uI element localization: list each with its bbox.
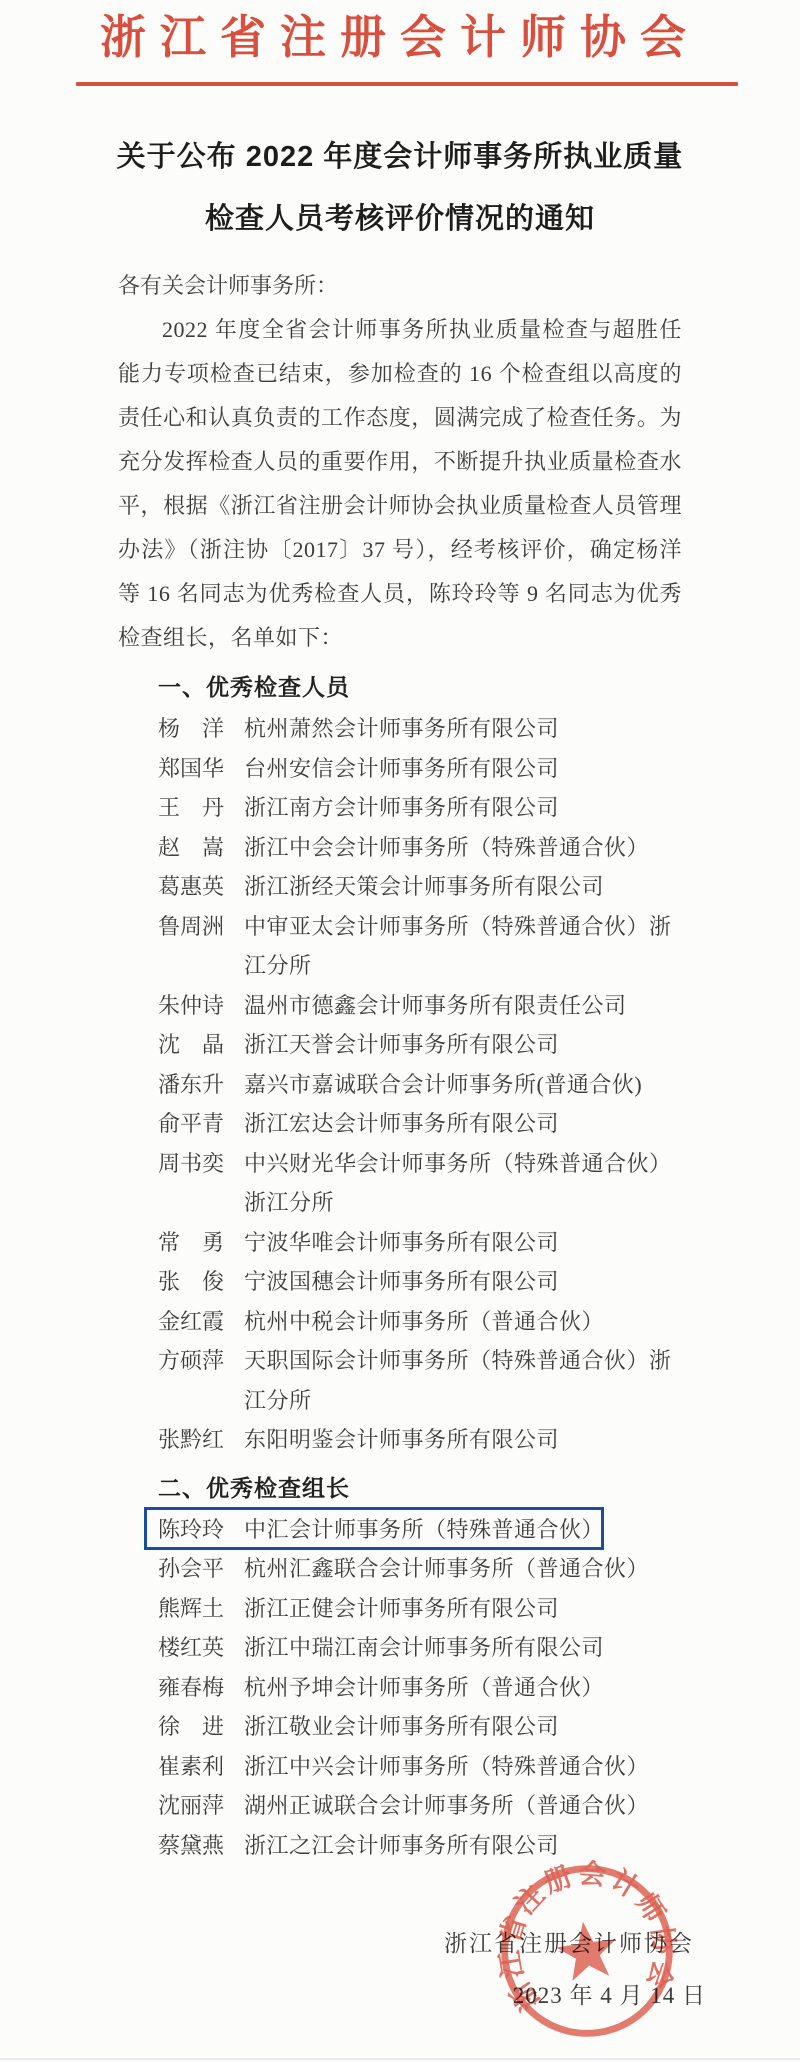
document-title: 关于公布 2022 年度会计师事务所执业质量 检查人员考核评价情况的通知 [0,126,800,250]
list-item: 徐 进浙江敬业会计师事务所有限公司 [158,1707,682,1747]
section-2-heading: 二、优秀检查组长 [118,1466,682,1510]
list-item: 朱仲诗温州市德鑫会计师事务所有限责任公司 [158,986,682,1026]
list-item: 沈 晶浙江天誉会计师事务所有限公司 [158,1025,682,1065]
list-item: 楼红英浙江中瑞江南会计师事务所有限公司 [158,1628,682,1668]
person-name: 徐 进 [158,1707,244,1747]
person-name: 常 勇 [158,1223,244,1263]
firm-name: 浙江天誉会计师事务所有限公司 [244,1025,682,1065]
list-item: 潘东升嘉兴市嘉诚联合会计师事务所(普通合伙) [158,1065,682,1105]
person-name: 潘东升 [158,1065,244,1105]
list-item: 杨 洋杭州萧然会计师事务所有限公司 [158,709,682,749]
firm-name: 浙江中兴会计师事务所（特殊普通合伙） [244,1747,682,1787]
document-title-line1: 关于公布 2022 年度会计师事务所执业质量 [0,126,800,188]
firm-name: 杭州中税会计师事务所（普通合伙） [244,1302,682,1342]
person-name: 雍春梅 [158,1668,244,1708]
list-item: 郑国华台州安信会计师事务所有限公司 [158,749,682,789]
document-title-line2: 检查人员考核评价情况的通知 [0,188,800,250]
list-item: 张黔红东阳明鉴会计师事务所有限公司 [158,1420,682,1460]
firm-name: 浙江正健会计师事务所有限公司 [244,1589,682,1629]
document-body: 各有关会计师事务所： 2022 年度全省会计师事务所执业质量检查与超胜任能力专项… [0,264,800,1865]
firm-name: 杭州予坤会计师事务所（普通合伙） [244,1668,682,1708]
list-item: 王 丹浙江南方会计师事务所有限公司 [158,788,682,828]
firm-name: 湖州正诚联合会计师事务所（普通合伙） [244,1786,682,1826]
list-item: 常 勇宁波华唯会计师事务所有限公司 [158,1223,682,1263]
firm-name: 杭州萧然会计师事务所有限公司 [244,709,682,749]
person-name: 沈丽萍 [158,1786,244,1826]
person-name: 赵 嵩 [158,828,244,868]
person-name: 金红霞 [158,1302,244,1342]
person-name: 鲁周洲 [158,907,244,947]
firm-name: 浙江敬业会计师事务所有限公司 [244,1707,682,1747]
firm-name: 宁波国穗会计师事务所有限公司 [244,1262,682,1302]
person-name: 孙会平 [158,1549,244,1589]
firm-name: 东阳明鉴会计师事务所有限公司 [244,1420,682,1460]
firm-name: 宁波华唯会计师事务所有限公司 [244,1223,682,1263]
person-name: 熊辉土 [158,1589,244,1629]
list-item: 葛惠英浙江浙经天策会计师事务所有限公司 [158,867,682,907]
person-name: 葛惠英 [158,867,244,907]
person-name: 杨 洋 [158,709,244,749]
list-item: 金红霞杭州中税会计师事务所（普通合伙） [158,1302,682,1342]
firm-name: 中汇会计师事务所（特殊普通合伙） [244,1510,682,1550]
person-name: 沈 晶 [158,1025,244,1065]
salutation: 各有关会计师事务所： [118,264,682,308]
list-item: 雍春梅杭州予坤会计师事务所（普通合伙） [158,1668,682,1708]
document-page: 浙江省注册会计师协会 关于公布 2022 年度会计师事务所执业质量 检查人员考核… [0,0,800,2062]
official-seal: 浙江省注册会计师协会 [492,1856,682,2046]
firm-name: 浙江宏达会计师事务所有限公司 [244,1104,682,1144]
person-name: 俞平青 [158,1104,244,1144]
list-item: 俞平青浙江宏达会计师事务所有限公司 [158,1104,682,1144]
person-name: 崔素利 [158,1747,244,1787]
person-name: 张 俊 [158,1262,244,1302]
letterhead-title: 浙江省注册会计师协会 [0,10,800,66]
firm-name: 浙江中会会计师事务所（特殊普通合伙） [244,828,682,868]
list-item: 张 俊宁波国穗会计师事务所有限公司 [158,1262,682,1302]
list-item: 鲁周洲中审亚太会计师事务所（特殊普通合伙）浙江分所 [158,907,682,986]
list-item: 崔素利浙江中兴会计师事务所（特殊普通合伙） [158,1747,682,1787]
firm-name: 中审亚太会计师事务所（特殊普通合伙）浙江分所 [244,907,682,986]
list-item: 沈丽萍湖州正诚联合会计师事务所（普通合伙） [158,1786,682,1826]
firm-name: 天职国际会计师事务所（特殊普通合伙）浙江分所 [244,1341,682,1420]
list-item: 方硕萍天职国际会计师事务所（特殊普通合伙）浙江分所 [158,1341,682,1420]
section-1-list: 杨 洋杭州萧然会计师事务所有限公司 郑国华台州安信会计师事务所有限公司 王 丹浙… [118,709,682,1460]
firm-name: 浙江南方会计师事务所有限公司 [244,788,682,828]
person-name: 方硕萍 [158,1341,244,1381]
intro-paragraph: 2022 年度全省会计师事务所执业质量检查与超胜任能力专项检查已结束，参加检查的… [118,308,682,660]
person-name: 张黔红 [158,1420,244,1460]
firm-name: 中兴财光华会计师事务所（特殊普通合伙）浙江分所 [244,1144,682,1223]
section-1-heading: 一、优秀检查人员 [118,665,682,709]
firm-name: 台州安信会计师事务所有限公司 [244,749,682,789]
seal-star-icon [553,1918,621,1983]
person-name: 蔡黛燕 [158,1826,244,1866]
firm-name: 嘉兴市嘉诚联合会计师事务所(普通合伙) [244,1065,682,1105]
firm-name: 浙江浙经天策会计师事务所有限公司 [244,867,682,907]
list-item: 熊辉土浙江正健会计师事务所有限公司 [158,1589,682,1629]
person-name: 楼红英 [158,1628,244,1668]
list-item: 周书奕中兴财光华会计师事务所（特殊普通合伙）浙江分所 [158,1144,682,1223]
person-name: 郑国华 [158,749,244,789]
person-name: 陈玲玲 [158,1510,244,1550]
person-name: 朱仲诗 [158,986,244,1026]
list-item: 赵 嵩浙江中会会计师事务所（特殊普通合伙） [158,828,682,868]
highlighted-list-item: 陈玲玲中汇会计师事务所（特殊普通合伙） [158,1510,682,1550]
scan-edge-line [0,2058,800,2060]
letterhead-divider [76,82,738,86]
firm-name: 杭州汇鑫联合会计师事务所（普通合伙） [244,1549,682,1589]
list-item: 孙会平杭州汇鑫联合会计师事务所（普通合伙） [158,1549,682,1589]
section-2-list: 陈玲玲中汇会计师事务所（特殊普通合伙） 孙会平杭州汇鑫联合会计师事务所（普通合伙… [118,1510,682,1866]
firm-name: 浙江中瑞江南会计师事务所有限公司 [244,1628,682,1668]
person-name: 周书奕 [158,1144,244,1184]
person-name: 王 丹 [158,788,244,828]
firm-name: 温州市德鑫会计师事务所有限责任公司 [244,986,682,1026]
